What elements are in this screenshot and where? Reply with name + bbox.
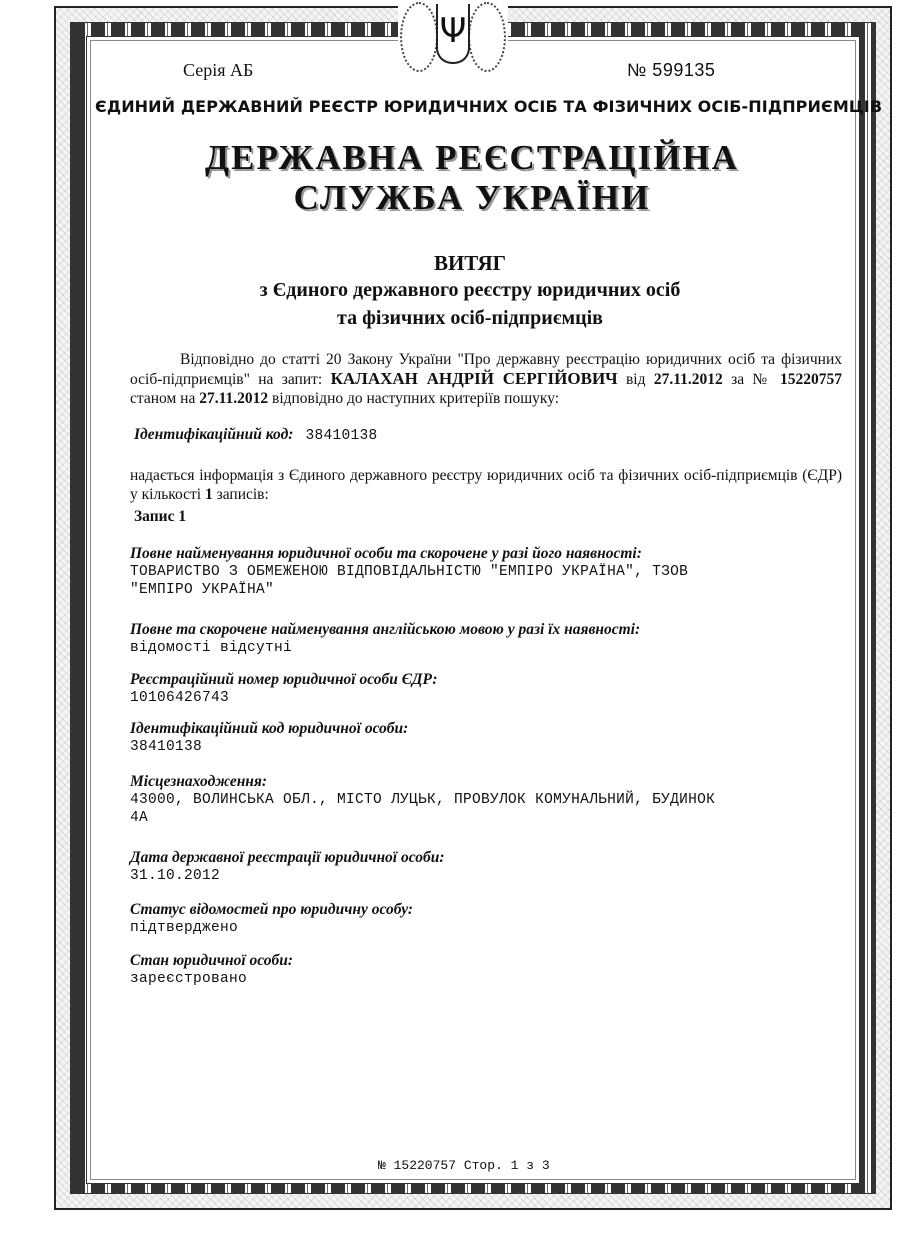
- record-field: Повне та скорочене найменування англійсь…: [130, 620, 842, 657]
- service-title: ДЕРЖАВНА РЕЄСТРАЦІЙНА СЛУЖБА УКРАЇНИ: [90, 138, 854, 218]
- field-value: відомості відсутні: [130, 639, 842, 657]
- record-field: Дата державної реєстрації юридичної особ…: [130, 848, 842, 885]
- record-field: Місцезнаходження:43000, ВОЛИНСЬКА ОБЛ., …: [130, 772, 842, 827]
- document-number: № 599135: [627, 60, 715, 81]
- search-criteria-label: Ідентифікаційний код:: [134, 426, 293, 443]
- record-field: Стан юридичної особи:зареєстровано: [130, 951, 842, 988]
- field-label: Статус відомостей про юридичну особу:: [130, 900, 842, 919]
- field-label: Дата державної реєстрації юридичної особ…: [130, 848, 842, 867]
- service-title-line2: СЛУЖБА УКРАЇНИ: [90, 178, 854, 218]
- field-label: Стан юридичної особи:: [130, 951, 842, 970]
- wreath-left-icon: [400, 2, 438, 72]
- service-title-line1: ДЕРЖАВНА РЕЄСТРАЦІЙНА: [90, 138, 854, 178]
- record-field: Ідентифікаційний код юридичної особи:384…: [130, 719, 842, 756]
- page-footer: № 15220757 Стор. 1 з 3: [378, 1158, 550, 1173]
- intro-text: відповідно до наступних критеріїв пошуку…: [268, 390, 559, 407]
- field-value: зареєстровано: [130, 970, 842, 988]
- field-value: 31.10.2012: [130, 867, 842, 885]
- wreath-right-icon: [468, 2, 506, 72]
- state-date: 27.11.2012: [199, 390, 268, 407]
- request-date: 27.11.2012: [654, 371, 723, 388]
- record-count: 1: [205, 486, 213, 503]
- trident-icon: Ψ: [436, 8, 470, 54]
- extract-title: ВИТЯГ: [140, 250, 800, 276]
- field-label: Повне та скорочене найменування англійсь…: [130, 620, 842, 639]
- field-value: 10106426743: [130, 689, 842, 707]
- search-criteria: Ідентифікаційний код: 38410138: [134, 426, 377, 444]
- intro-paragraph: Відповідно до статті 20 Закону України "…: [130, 350, 842, 408]
- intro-text: за №: [723, 371, 780, 388]
- field-value: 43000, ВОЛИНСЬКА ОБЛ., МІСТО ЛУЦЬК, ПРОВ…: [130, 791, 842, 827]
- requester-name: КАЛАХАН АНДРІЙ СЕРГІЙОВИЧ: [331, 369, 618, 388]
- field-label: Ідентифікаційний код юридичної особи:: [130, 719, 842, 738]
- field-label: Реєстраційний номер юридичної особи ЄДР:: [130, 670, 842, 689]
- registry-title: ЄДИНИЙ ДЕРЖАВНИЙ РЕЄСТР ЮРИДИЧНИХ ОСІБ Т…: [95, 97, 865, 116]
- record-field: Статус відомостей про юридичну особу:під…: [130, 900, 842, 937]
- intro-text: станом на: [130, 390, 199, 407]
- provided-text: записів:: [213, 486, 269, 503]
- field-value: підтверджено: [130, 919, 842, 937]
- record-title: Запис 1: [134, 508, 186, 526]
- extract-heading: ВИТЯГ з Єдиного державного реєстру юриди…: [140, 250, 800, 332]
- extract-subtitle-line2: та фізичних осіб-підприємців: [140, 304, 800, 332]
- search-criteria-value: 38410138: [305, 428, 377, 444]
- record-field: Повне найменування юридичної особи та ск…: [130, 544, 842, 599]
- field-value: 38410138: [130, 738, 842, 756]
- extract-subtitle-line1: з Єдиного державного реєстру юридичних о…: [140, 276, 800, 304]
- provided-paragraph: надається інформація з Єдиного державног…: [130, 466, 842, 504]
- document-series: Серія АБ: [183, 60, 253, 81]
- record-field: Реєстраційний номер юридичної особи ЄДР:…: [130, 670, 842, 707]
- field-label: Повне найменування юридичної особи та ск…: [130, 544, 842, 563]
- intro-text: від: [618, 371, 654, 388]
- request-number: 15220757: [780, 371, 842, 388]
- coat-of-arms-emblem: Ψ: [398, 0, 508, 80]
- field-value: ТОВАРИСТВО З ОБМЕЖЕНОЮ ВІДПОВІДАЛЬНІСТЮ …: [130, 563, 842, 599]
- field-label: Місцезнаходження:: [130, 772, 842, 791]
